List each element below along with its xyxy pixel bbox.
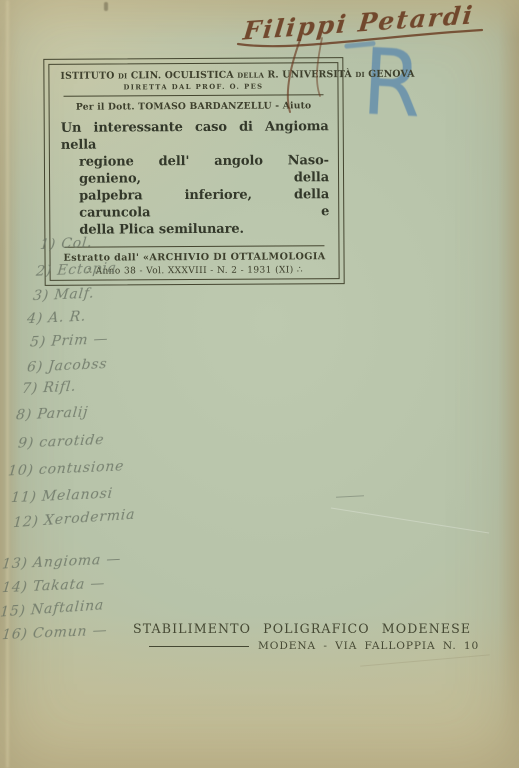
pencil-list-item: 9) carotide bbox=[17, 432, 105, 452]
directed-by-line: DIRETTA DAL PROF. O. PES bbox=[56, 82, 330, 92]
printer-imprint: STABILIMENTO POLIGRAFICO MODENESE MODENA… bbox=[133, 621, 439, 652]
pencil-list-item: 5) Prim — bbox=[29, 331, 109, 351]
printer-address: MODENA - VIA FALLOPPIA N. 10 bbox=[258, 640, 479, 652]
pencil-list-item: 12) Xerodermia bbox=[13, 507, 136, 532]
ink-speck bbox=[104, 2, 108, 11]
pencil-list-item: 16) Comun — bbox=[1, 623, 108, 644]
pencil-dash-mark bbox=[336, 495, 364, 497]
printer-name: STABILIMENTO POLIGRAFICO MODENESE bbox=[133, 621, 439, 636]
pencil-list-item: 4) A. R. bbox=[26, 309, 87, 328]
paper-scratch bbox=[360, 654, 490, 666]
box-rule-top bbox=[63, 94, 323, 97]
pencil-list-item: 7) Rifl. bbox=[21, 379, 77, 397]
paper-scratch bbox=[331, 507, 489, 533]
title-line-1: Un interessante caso di Angioma nella bbox=[61, 118, 329, 154]
pencil-list-item: 8) Paralij bbox=[15, 404, 89, 423]
title-line-3: palpebra inferiore, della caruncola e bbox=[61, 186, 329, 222]
box-rule-bottom bbox=[64, 245, 324, 248]
pencil-list-item: 11) Melanosi bbox=[10, 486, 113, 507]
scanned-offprint-cover: Filippi Petardi R ISTITUTO di CLIN. OCUL… bbox=[0, 0, 519, 768]
institute-line: ISTITUTO di CLIN. OCULISTICA della R. UN… bbox=[60, 69, 326, 82]
pencil-list-item: 6) Jacobss bbox=[26, 356, 108, 376]
pencil-list-item: 1) Col. bbox=[39, 235, 93, 253]
printed-header-box: ISTITUTO di CLIN. OCULISTICA della R. UN… bbox=[43, 57, 344, 286]
pencil-list-item: 14) Takata — bbox=[1, 576, 106, 597]
title-line-2: regione dell' angolo Naso-genieno, della bbox=[61, 152, 329, 188]
title-line-4: della Plica semilunare. bbox=[61, 220, 329, 239]
pencil-list-item: 10) contusione bbox=[7, 458, 125, 479]
author-line: Per il Dott. TOMASO BARDANZELLU - Aiuto bbox=[57, 100, 331, 113]
pencil-list-item: 13) Angioma — bbox=[1, 551, 122, 572]
printer-address-row: MODENA - VIA FALLOPPIA N. 10 bbox=[133, 640, 439, 652]
blue-crayon-letter: R bbox=[360, 37, 424, 132]
paper-fold-line bbox=[6, 0, 9, 768]
pencil-list-item: 3) Malf. bbox=[32, 286, 95, 305]
pencil-list-item: 15) Naftalina bbox=[0, 597, 105, 620]
imprint-rule bbox=[149, 646, 249, 647]
publication-title: Un interessante caso di Angioma nella re… bbox=[61, 118, 330, 239]
handwritten-signature: Filippi Petardi bbox=[242, 0, 484, 46]
